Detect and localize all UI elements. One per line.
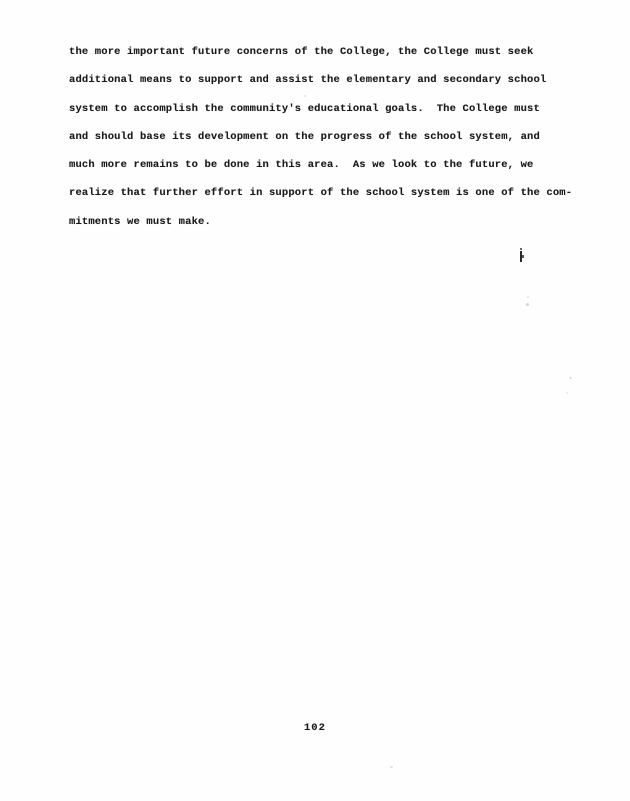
paragraph-line: system to accomplish the community's edu… xyxy=(69,95,569,123)
body-paragraph: the more important future concerns of th… xyxy=(69,38,569,236)
scanned-document-page: the more important future concerns of th… xyxy=(0,0,630,801)
scan-dust-speck xyxy=(569,377,572,379)
paragraph-line: the more important future concerns of th… xyxy=(69,38,569,66)
scan-dust-speck xyxy=(527,296,529,298)
paragraph-line: additional means to support and assist t… xyxy=(69,66,569,94)
paragraph-line: realize that further effort in support o… xyxy=(69,179,569,207)
scan-artifact-mark xyxy=(519,248,525,263)
scan-artifact-nub xyxy=(522,255,524,258)
scan-dust-speck xyxy=(526,303,529,306)
paragraph-line: much more remains to be done in this are… xyxy=(69,151,569,179)
page-number: 102 xyxy=(304,722,326,734)
scan-dust-speck xyxy=(390,766,393,768)
paragraph-line: mitments we must make. xyxy=(69,208,569,236)
scan-dust-speck xyxy=(566,392,568,394)
scan-dust-speck xyxy=(304,95,306,97)
scan-artifact-tip xyxy=(520,248,522,250)
paragraph-line: and should base its development on the p… xyxy=(69,123,569,151)
